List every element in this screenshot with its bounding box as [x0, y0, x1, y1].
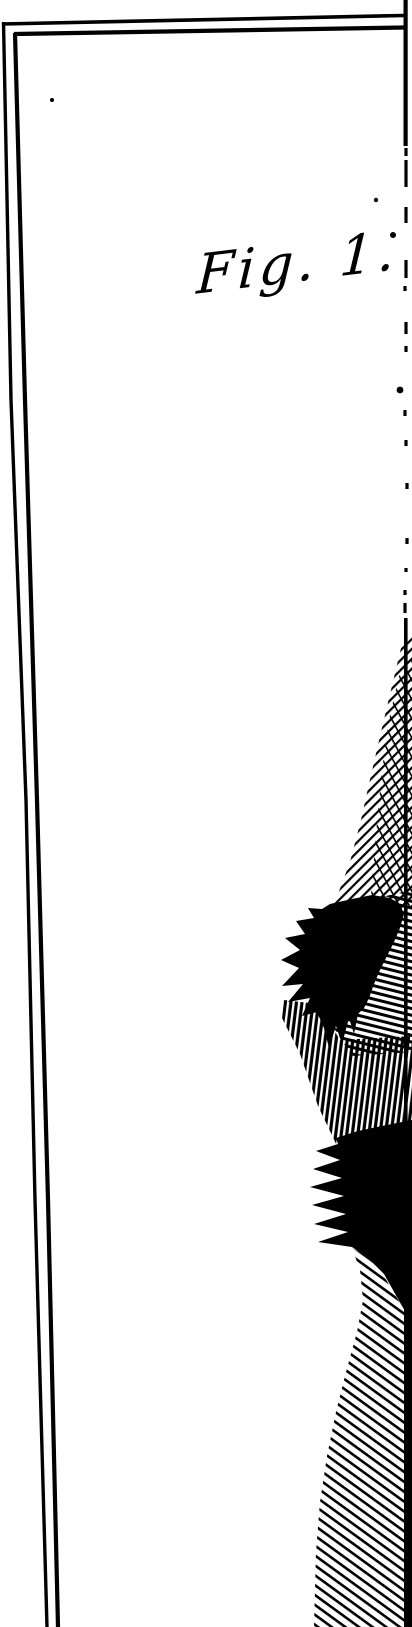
inner-border-left-rule — [15, 33, 58, 1627]
ink-speck — [374, 198, 378, 202]
right-margin-rule — [404, 0, 408, 613]
inner-border-top-rule — [14, 28, 404, 35]
right-rule-broken-dashes — [405, 148, 407, 613]
right-rule-solid-top — [404, 0, 408, 146]
ink-speck — [50, 98, 54, 102]
engraving-dark-tuft-lower — [310, 1120, 412, 1322]
engraving-fur-fragment — [281, 618, 412, 1627]
outer-border-left-rule — [4, 22, 48, 1627]
scanned-plate-page: Fig. 1. — [0, 0, 412, 1627]
engraving-lower-haunch — [314, 1248, 412, 1627]
outer-border-top-rule — [2, 16, 404, 25]
ink-speck — [397, 387, 404, 394]
engraving-right-edge-strip — [404, 1230, 412, 1627]
